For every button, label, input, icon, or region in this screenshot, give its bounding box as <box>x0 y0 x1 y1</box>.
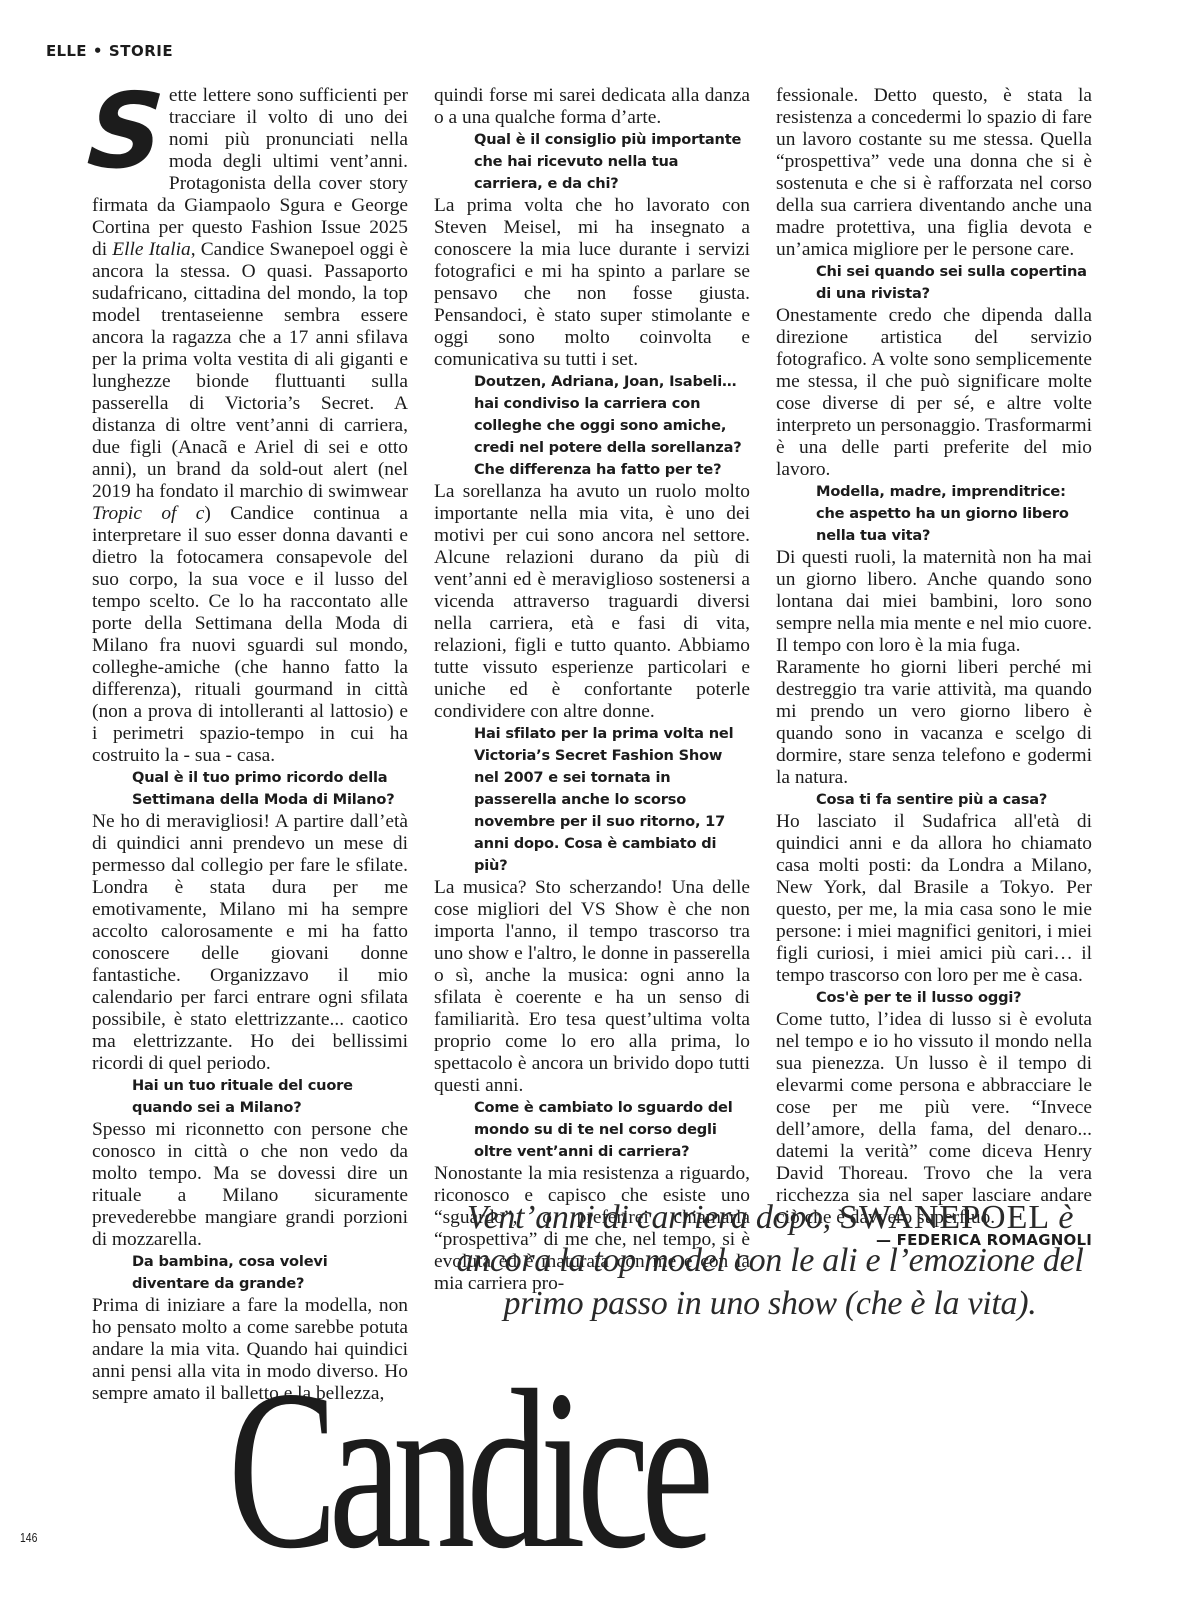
interview-answer: La musica? Sto scherzando! Una delle cos… <box>434 877 750 1097</box>
article-column-2: quindi forse mi sarei dedicata alla danz… <box>434 85 750 1295</box>
interview-answer: Ho lasciato il Sudafrica all'età di quin… <box>776 811 1092 987</box>
interview-answer: La sorellanza ha avuto un ruolo molto im… <box>434 481 750 723</box>
feature-title: Candice <box>228 1355 705 1585</box>
intro-paragraph: Sette lettere sono sufficienti per tracc… <box>92 85 408 767</box>
interview-answer: Spesso mi riconnetto con persone che con… <box>92 1119 408 1251</box>
interview-question: Cos'è per te il lusso oggi? <box>776 987 1092 1009</box>
interview-question: Cosa ti fa sentire più a casa? <box>776 789 1092 811</box>
interview-question: Doutzen, Adriana, Joan, Isabeli… hai con… <box>434 371 750 481</box>
interview-question: Hai un tuo rituale del cuore quando sei … <box>92 1075 408 1119</box>
article-column-1: Sette lettere sono sufficienti per tracc… <box>92 85 408 1405</box>
section-label: STORIE <box>109 42 173 60</box>
magazine-logo: ELLE <box>46 42 87 60</box>
interview-question: Qual è il consiglio più importante che h… <box>434 129 750 195</box>
section-header: ELLE•STORIE <box>46 42 173 60</box>
interview-answer: Ne ho di meravigliosi! A partire dall’et… <box>92 811 408 1075</box>
interview-answer: quindi forse mi sarei dedicata alla danz… <box>434 85 750 129</box>
drop-cap: S <box>85 91 166 177</box>
interview-answer: fessionale. Detto questo, è stata la res… <box>776 85 1092 261</box>
interview-question: Hai sfilato per la prima volta nel Victo… <box>434 723 750 877</box>
interview-answer: Onestamente credo che dipenda dalla dire… <box>776 305 1092 481</box>
interview-question: Qual è il tuo primo ricordo della Settim… <box>92 767 408 811</box>
article-column-3: fessionale. Detto questo, è stata la res… <box>776 85 1092 1251</box>
separator-dot: • <box>93 42 103 60</box>
interview-question: Come è cambiato lo sguardo del mondo su … <box>434 1097 750 1163</box>
pull-quote-name: SWANEPOEL <box>839 1199 1050 1236</box>
interview-question: Da bambina, cosa volevi diventare da gra… <box>92 1251 408 1295</box>
interview-question: Chi sei quando sei sulla copertina di un… <box>776 261 1092 305</box>
interview-answer: La prima volta che ho lavorato con Steve… <box>434 195 750 371</box>
interview-answer: Raramente ho giorni liberi perché mi des… <box>776 657 1092 789</box>
interview-answer: Di questi ruoli, la maternità non ha mai… <box>776 547 1092 657</box>
pull-quote: Vent’anni di carriera dopo, SWANEPOEL è … <box>430 1196 1110 1325</box>
interview-question: Modella, madre, imprenditrice: che aspet… <box>776 481 1092 547</box>
page-number: 146 <box>20 1530 37 1545</box>
